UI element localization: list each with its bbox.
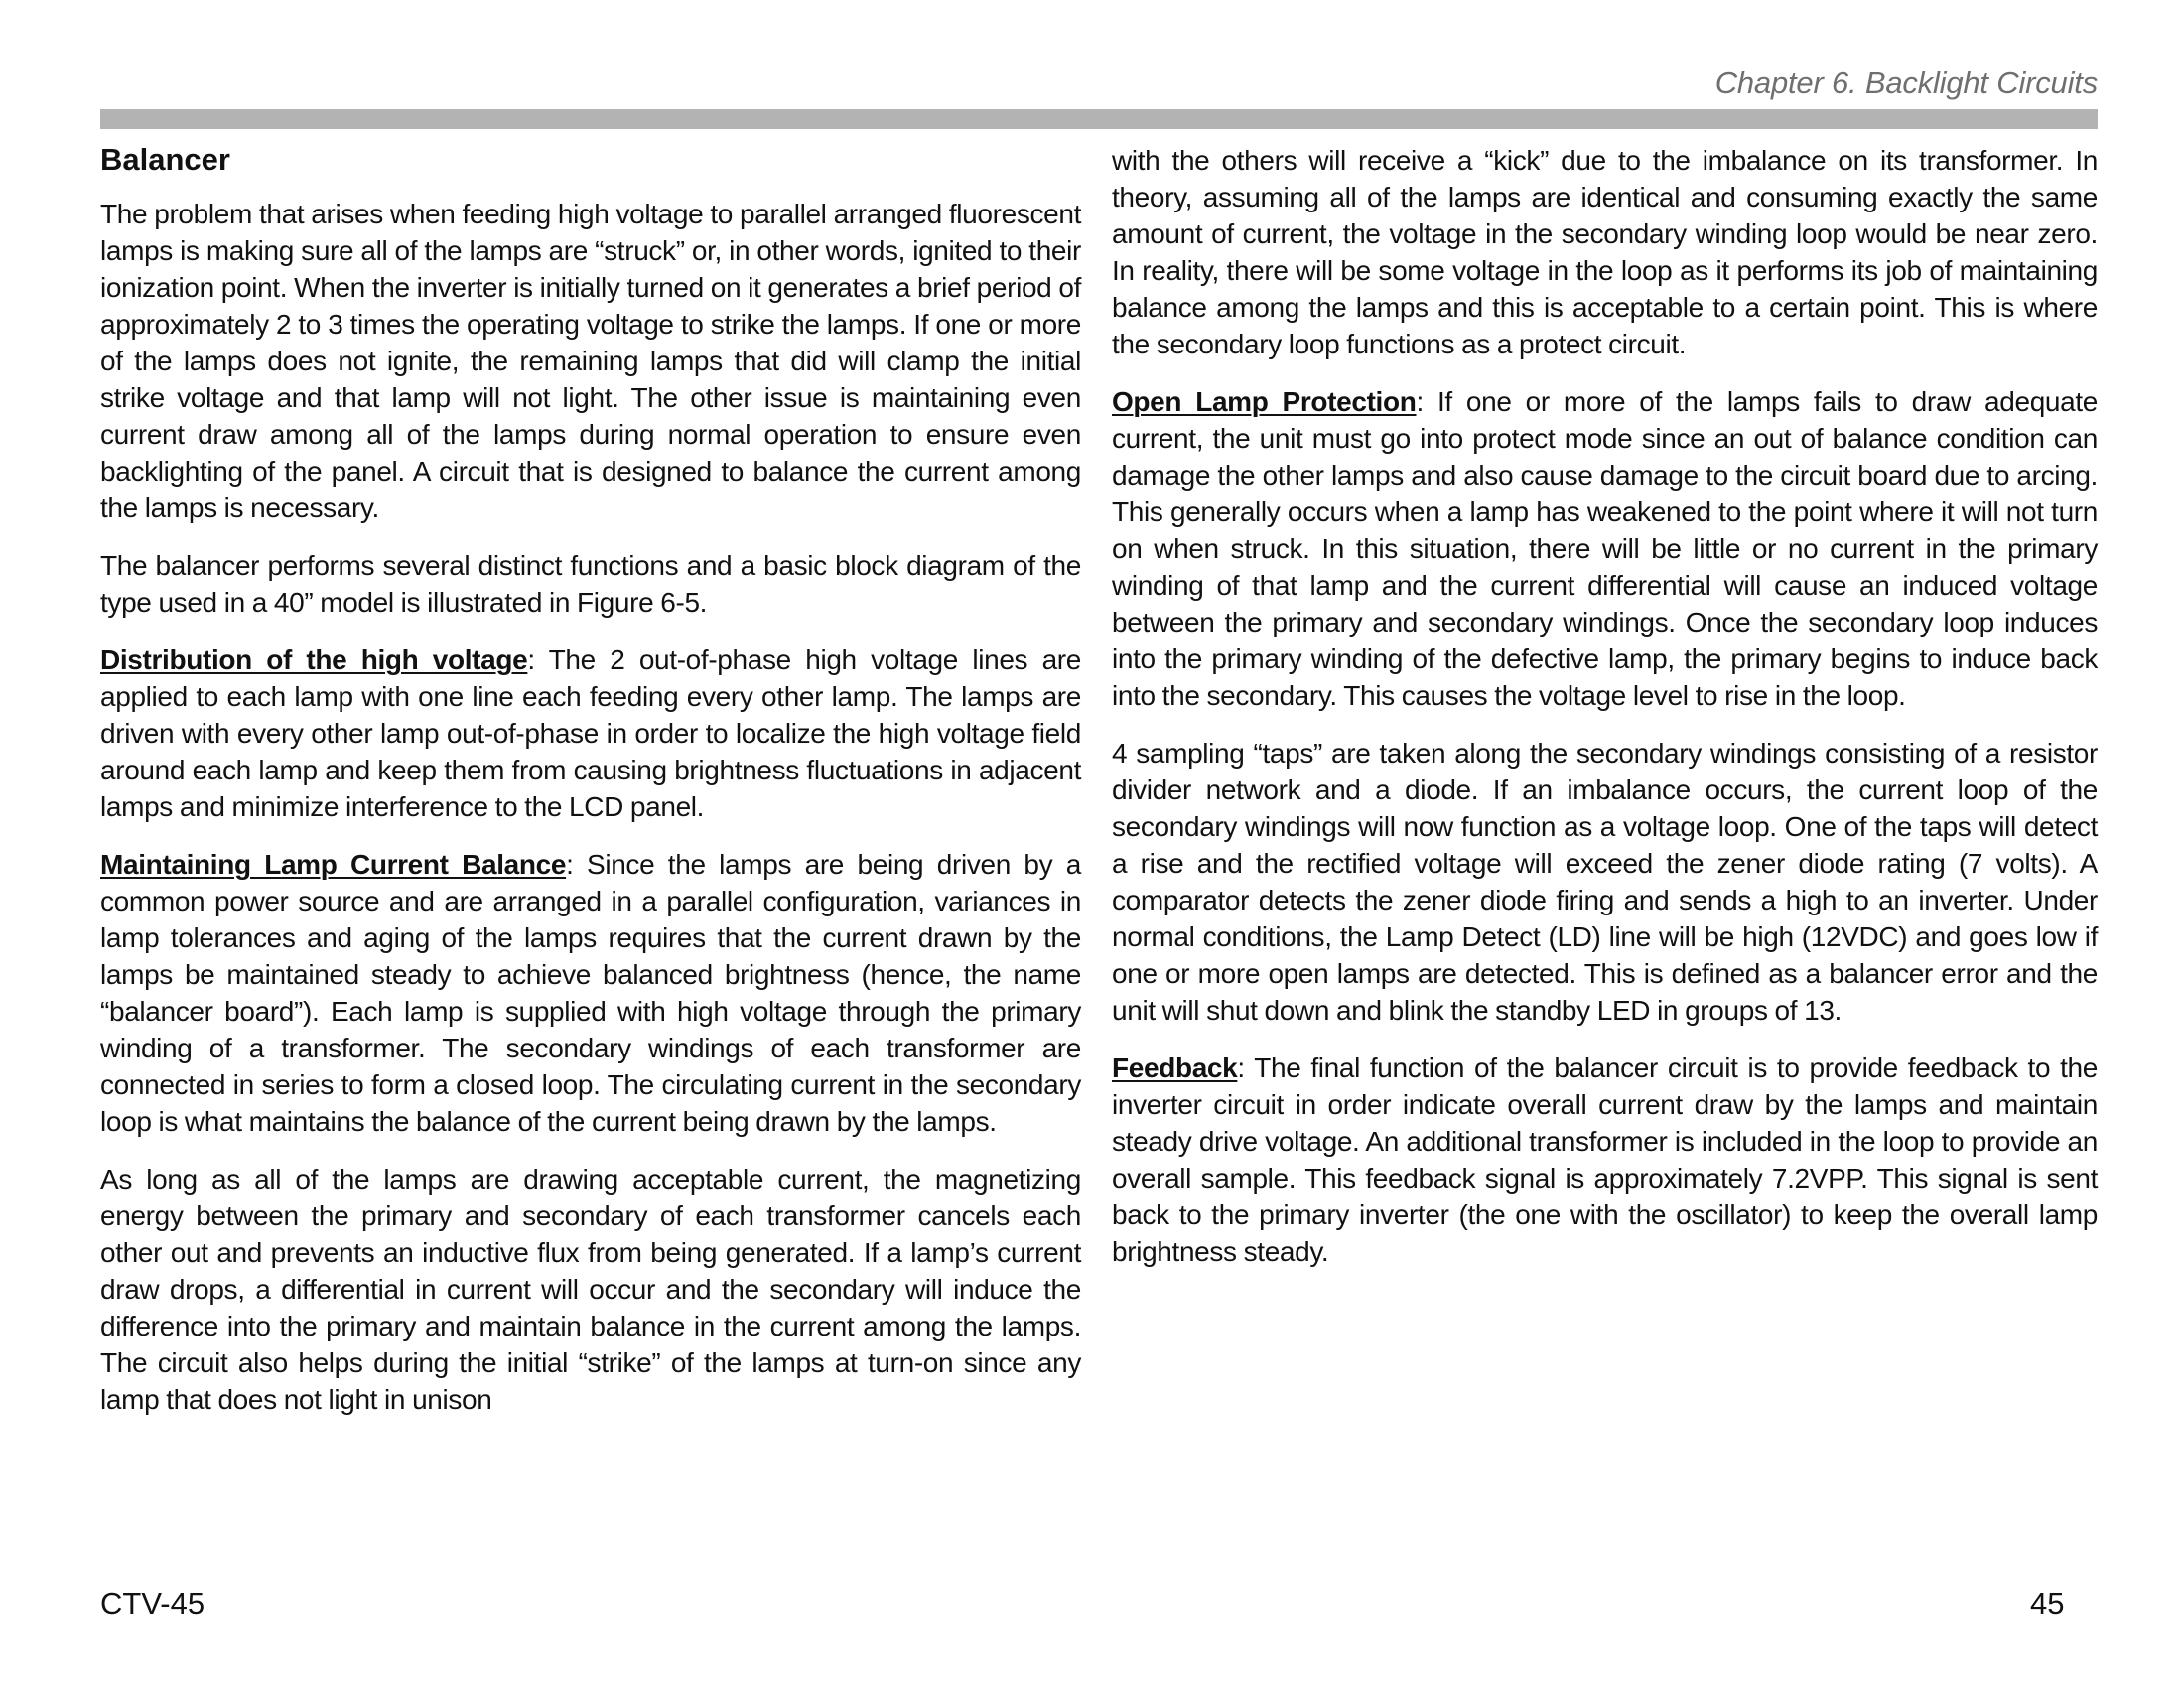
paragraph-current-balance: Maintaining Lamp Current Balance: Since …	[100, 846, 1081, 1140]
paragraph-text: : The final function of the balancer cir…	[1112, 1053, 2098, 1267]
run-in-heading: Feedback	[1112, 1053, 1237, 1083]
paragraph-sampling-taps: 4 sampling “taps” are taken along the se…	[1112, 735, 2098, 1029]
paragraph-text: 4 sampling “taps” are taken along the se…	[1112, 738, 2098, 1026]
paragraph-text: with the others will receive a “kick” du…	[1112, 145, 2098, 359]
run-in-heading: Distribution of the high voltage	[100, 644, 527, 675]
run-in-heading: Maintaining Lamp Current Balance	[100, 849, 566, 880]
paragraph-continuation: with the others will receive a “kick” du…	[1112, 142, 2098, 362]
right-column: with the others will receive a “kick” du…	[1112, 142, 2098, 1291]
section-heading: Balancer	[100, 142, 1081, 178]
paragraph-text: As long as all of the lamps are drawing …	[100, 1164, 1081, 1415]
paragraph-magnetizing: As long as all of the lamps are drawing …	[100, 1161, 1081, 1418]
paragraph-feedback: Feedback: The final function of the bala…	[1112, 1050, 2098, 1270]
left-column: Balancer The problem that arises when fe…	[100, 142, 1081, 1439]
paragraph-text: The problem that arises when feeding hig…	[100, 199, 1081, 523]
paragraph-functions: The balancer performs several distinct f…	[100, 547, 1081, 621]
chapter-title: Chapter 6. Backlight Circuits	[1715, 66, 2098, 101]
paragraph-text: : Since the lamps are being driven by a …	[100, 849, 1081, 1137]
paragraph-text: The balancer performs several distinct f…	[100, 550, 1081, 618]
paragraph-text: : If one or more of the lamps fails to d…	[1112, 386, 2098, 711]
run-in-heading: Open Lamp Protection	[1112, 386, 1417, 417]
document-id: CTV-45	[100, 1586, 205, 1621]
paragraph-distribution: Distribution of the high voltage: The 2 …	[100, 641, 1081, 825]
paragraph-intro: The problem that arises when feeding hig…	[100, 196, 1081, 526]
paragraph-open-lamp-protection: Open Lamp Protection: If one or more of …	[1112, 383, 2098, 714]
page-number: 45	[2030, 1586, 2064, 1621]
header-rule	[100, 109, 2098, 129]
